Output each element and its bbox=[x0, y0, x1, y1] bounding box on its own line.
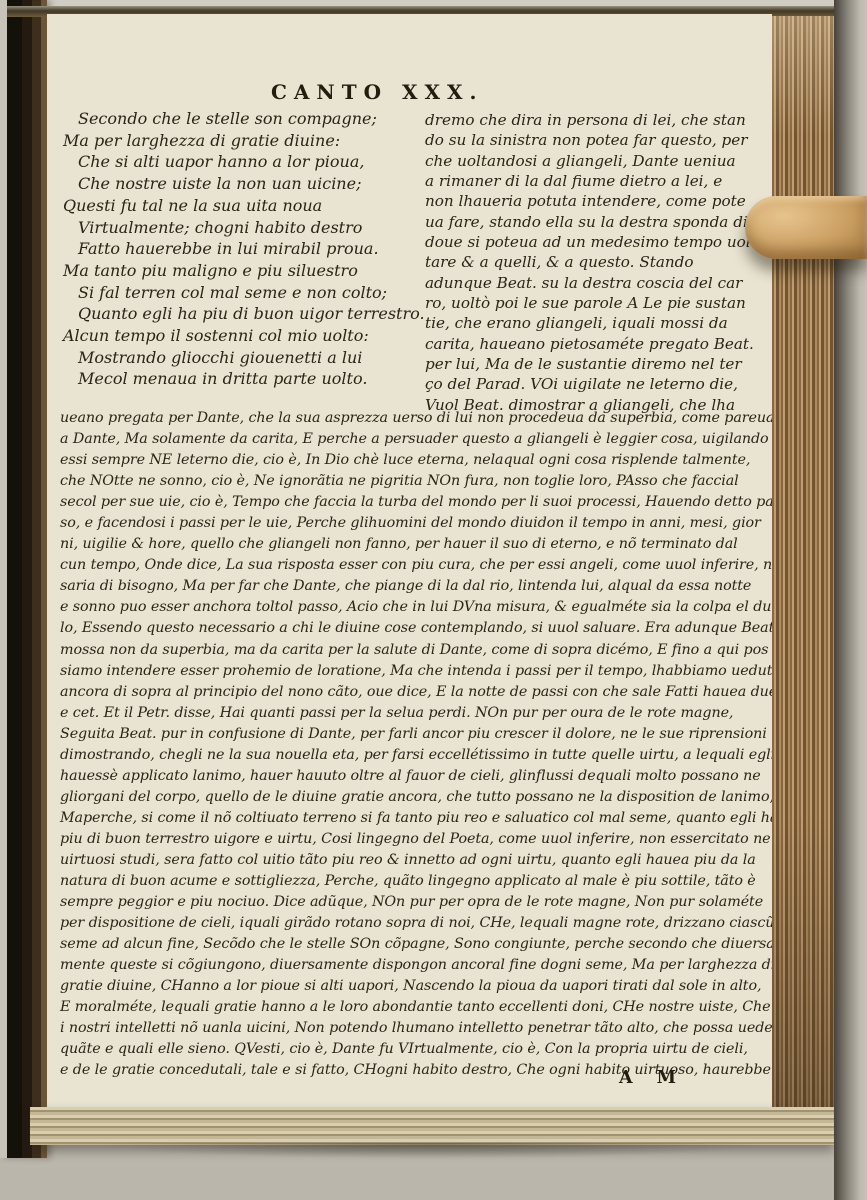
verse-line: Fatto hauerebbe in lui mirabil proua. bbox=[63, 238, 425, 260]
commentary-line: che NOtte ne sonno, cio è, Ne ignorãtia … bbox=[60, 471, 772, 492]
commentary-line: do su la sinistra non potea far questo, … bbox=[425, 130, 771, 150]
poem-column: Secondo che le stelle son compagne;Ma pe… bbox=[63, 108, 425, 390]
commentary-line: dimostrando, chegli ne la sua nouella et… bbox=[60, 745, 772, 766]
commentary-line: ni, uigilie & hore, quello che gliangeli… bbox=[60, 534, 772, 555]
commentary-line: ro, uoltò poi le sue parole A Le pie sus… bbox=[425, 293, 771, 313]
commentary-line: so, e facendosi i passi per le uie, Perc… bbox=[60, 513, 772, 534]
verse-line: Mecol menaua in dritta parte uolto. bbox=[63, 368, 425, 390]
verse-line: Mostrando gliocchi giouenetti a lui bbox=[63, 347, 425, 369]
commentary-line: mossa non da superbia, ma da carita per … bbox=[60, 640, 772, 661]
commentary-line: gliorgani del corpo, quello de le diuine… bbox=[60, 787, 772, 808]
verse-line: Ma tanto piu maligno e piu siluestro bbox=[63, 260, 425, 282]
commentary-line: non lhaueria potuta intendere, come pote bbox=[425, 191, 771, 211]
commentary-line: tie, che erano gliangeli, iquali mossi d… bbox=[425, 313, 771, 333]
commentary-line: e cet. Et il Petr. disse, Hai quanti pas… bbox=[60, 703, 772, 724]
wooden-clasp bbox=[745, 196, 867, 259]
book-shadow bbox=[8, 1143, 854, 1163]
commentary-line: tare & a quelli, & a questo. Stando bbox=[425, 252, 771, 272]
commentary-line: a rimaner di la dal fiume dietro a lei, … bbox=[425, 171, 771, 191]
commentary-line: adunque Beat. su la destra coscia del ca… bbox=[425, 273, 771, 293]
commentary-line: cun tempo, Onde dice, La sua risposta es… bbox=[60, 555, 772, 576]
commentary-line: saria di bisogno, Ma per far che Dante, … bbox=[60, 576, 772, 597]
commentary-line: lo, Essendo questo necessario a chi le d… bbox=[60, 618, 772, 639]
verse-line: Questi fu tal ne la sua uita noua bbox=[63, 195, 425, 217]
page-title: CANTO XXX. bbox=[271, 80, 463, 104]
commentary-line: ancora di sopra al principio del nono cã… bbox=[60, 682, 772, 703]
commentary-line: e sonno puo esser anchora toltol passo, … bbox=[60, 597, 772, 618]
book-fore-edge bbox=[772, 16, 834, 1112]
signature-mark: A M bbox=[619, 1068, 685, 1088]
commentary-line: sempre peggior e piu nociuo. Dice adũque… bbox=[60, 892, 772, 913]
commentary-line: che uoltandosi a gliangeli, Dante ueniua bbox=[425, 151, 771, 171]
verse-line: Secondo che le stelle son compagne; bbox=[63, 108, 425, 130]
commentary-line: i nostri intelletti nõ uanla uicini, Non… bbox=[60, 1018, 772, 1039]
verse-line: Che nostre uiste la non uan uicine; bbox=[63, 173, 425, 195]
book-page: CANTO XXX. Secondo che le stelle son com… bbox=[47, 14, 772, 1109]
commentary-line: siamo intendere esser prohemio de lorati… bbox=[60, 661, 772, 682]
commentary-line: seme ad alcun fine, Secõdo che le stelle… bbox=[60, 934, 772, 955]
book-bottom-edge bbox=[30, 1107, 834, 1145]
commentary-line: doue si poteua ad un medesimo tempo uol bbox=[425, 232, 771, 252]
commentary-line: Maperche, si come il nõ coltiuato terren… bbox=[60, 808, 772, 829]
verse-line: Alcun tempo il sostenni col mio uolto: bbox=[63, 325, 425, 347]
commentary-line: quãte e quali elle sieno. QVesti, cio è,… bbox=[60, 1039, 772, 1060]
commentary-line: carita, haueano pietosaméte pregato Beat… bbox=[425, 334, 771, 354]
commentary-line: Seguita Beat. pur in confusione di Dante… bbox=[60, 724, 772, 745]
verse-line: Quanto egli ha piu di buon uigor terrest… bbox=[63, 303, 425, 325]
commentary-line: ua fare, stando ella su la destra sponda… bbox=[425, 212, 771, 232]
commentary-line: mente queste si cõgiungono, diuersamente… bbox=[60, 955, 772, 976]
verse-line: Virtualmente; chogni habito destro bbox=[63, 217, 425, 239]
commentary-line: uirtuosi studi, sera fatto col uitio tãt… bbox=[60, 850, 772, 871]
commentary-line: E moralméte, lequali gratie hanno a le l… bbox=[60, 997, 772, 1018]
commentary-line: hauessè applicato lanimo, hauer hauuto o… bbox=[60, 766, 772, 787]
commentary-full-width: ueano pregata per Dante, che la sua aspr… bbox=[60, 408, 772, 1082]
commentary-line: dremo che dira in persona di lei, che st… bbox=[425, 110, 771, 130]
commentary-line: per lui, Ma de le sustantie diremo nel t… bbox=[425, 354, 771, 374]
commentary-line: secol per sue uie, cio è, Tempo che facc… bbox=[60, 492, 772, 513]
commentary-line: ueano pregata per Dante, che la sua aspr… bbox=[60, 408, 772, 429]
commentary-line: a Dante, Ma solamente da carita, E perch… bbox=[60, 429, 772, 450]
commentary-right-column: dremo che dira in persona di lei, che st… bbox=[425, 110, 771, 415]
background-right-gap bbox=[834, 0, 867, 1200]
commentary-line: ço del Parad. VOi uigilate ne leterno di… bbox=[425, 374, 771, 394]
verse-line: Ma per larghezza di gratie diuine: bbox=[63, 130, 425, 152]
commentary-line: per dispositione de cieli, iquali girãdo… bbox=[60, 913, 772, 934]
book-spine bbox=[0, 0, 47, 1158]
commentary-line: essi sempre NE leterno die, cio è, In Di… bbox=[60, 450, 772, 471]
commentary-line: natura di buon acume e sottigliezza, Per… bbox=[60, 871, 772, 892]
verse-line: Si fal terren col mal seme e non colto; bbox=[63, 282, 425, 304]
book-photo: CANTO XXX. Secondo che le stelle son com… bbox=[0, 0, 867, 1200]
commentary-line: piu di buon terrestro uigore e uirtu, Co… bbox=[60, 829, 772, 850]
commentary-line: gratie diuine, CHanno a lor pioue si alt… bbox=[60, 976, 772, 997]
verse-line: Che si alti uapor hanno a lor pioua, bbox=[63, 151, 425, 173]
